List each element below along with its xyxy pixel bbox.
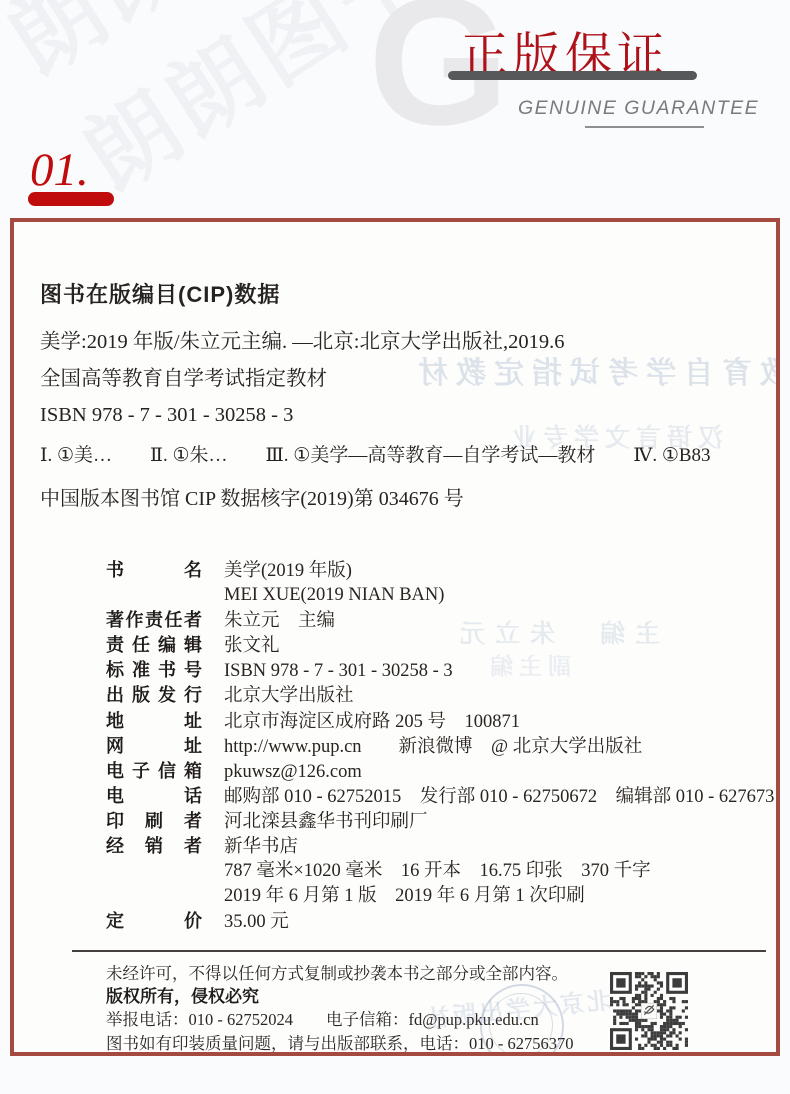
row-value: 787 毫米×1020 毫米 16 开本 16.75 印张 370 千字 <box>224 859 651 884</box>
header-divider-bar <box>448 71 697 80</box>
row-label: 书名 <box>106 558 202 583</box>
genuine-guarantee-subtitle: GENUINE GUARANTEE <box>518 97 759 120</box>
row-label: 经销者 <box>106 834 202 859</box>
row-value: 美学(2019 年版) <box>224 559 352 584</box>
section-index: 01. <box>30 143 89 197</box>
row-label: 定价 <box>106 909 202 934</box>
row-label: 责任编辑 <box>106 633 202 658</box>
row-value: 张文礼 <box>224 634 280 659</box>
qr-code <box>610 972 688 1050</box>
row-label: 印刷者 <box>106 809 202 834</box>
table-row: 出版发行北京大学出版社 <box>106 683 780 708</box>
book-metadata-table: 书名美学(2019 年版) MEI XUE(2019 NIAN BAN) 著作责… <box>106 558 780 934</box>
table-row: 电子信箱pkuwsz@126.com <box>106 759 780 784</box>
table-row: 定价35.00 元 <box>106 909 780 934</box>
row-value: pkuwsz@126.com <box>224 760 362 785</box>
cip-line-edition: 美学:2019 年版/朱立元主编. —北京:北京大学出版社,2019.6 <box>40 324 564 361</box>
table-row: 2019 年 6 月第 1 版 2019 年 6 月第 1 次印刷 <box>106 884 780 909</box>
row-value: http://www.pup.cn 新浪微博 @ 北京大学出版社 <box>224 735 642 760</box>
row-label: 标准书号 <box>106 658 202 683</box>
row-value: MEI XUE(2019 NIAN BAN) <box>224 583 444 608</box>
table-row: 地址北京市海淀区成府路 205 号 100871 <box>106 709 780 734</box>
table-row: 787 毫米×1020 毫米 16 开本 16.75 印张 370 千字 <box>106 859 780 884</box>
product-detail-image: 朗朗图书 朗朗图书 G 正版保证 GENUINE GUARANTEE 01. 全… <box>0 0 790 1094</box>
section-index-bar <box>28 192 114 206</box>
row-value: 新华书店 <box>224 835 298 860</box>
row-label: 网址 <box>106 734 202 759</box>
row-value: 河北滦县鑫华书刊印刷厂 <box>224 810 428 835</box>
row-label: 出版发行 <box>106 683 202 708</box>
row-value: 朱立元 主编 <box>224 609 335 634</box>
cip-block: 美学:2019 年版/朱立元主编. —北京:北京大学出版社,2019.6 全国高… <box>40 324 564 434</box>
row-label: 电话 <box>106 784 202 809</box>
row-value: 2019 年 6 月第 1 版 2019 年 6 月第 1 次印刷 <box>224 884 585 909</box>
row-value: 北京市海淀区成府路 205 号 100871 <box>224 710 520 735</box>
table-row: 网址http://www.pup.cn 新浪微博 @ 北京大学出版社 <box>106 734 780 759</box>
cip-line-series: 全国高等教育自学考试指定教材 <box>40 361 564 398</box>
cip-record-number: 中国版本图书馆 CIP 数据核字(2019)第 034676 号 <box>40 482 464 511</box>
cip-title: 图书在版编目(CIP)数据 <box>40 278 280 309</box>
table-row: 印刷者河北滦县鑫华书刊印刷厂 <box>106 809 780 834</box>
row-label: 著作责任者 <box>106 608 202 633</box>
cip-classification: Ⅰ. ①美… Ⅱ. ①朱… Ⅲ. ①美学—高等教育—自学考试—教材 Ⅳ. ①B8… <box>40 440 711 467</box>
table-row: 经销者新华书店 <box>106 834 780 859</box>
cip-line-isbn: ISBN 978 - 7 - 301 - 30258 - 3 <box>40 397 564 434</box>
footer-divider-line <box>72 950 766 952</box>
subtitle-underline <box>585 126 704 128</box>
notice-line: 未经许可，不得以任何方式复制或抄袭本书之部分或全部内容。 <box>106 962 574 985</box>
row-value: 北京大学出版社 <box>224 684 354 709</box>
row-value: 邮购部 010 - 62752015 发行部 010 - 62750672 编辑… <box>224 785 780 810</box>
table-row: 标准书号ISBN 978 - 7 - 301 - 30258 - 3 <box>106 658 780 683</box>
book-copyright-page: 全国高等教育自学考试指定教材 汉语言文学专业 主编 朱立元 副主编 图书在版编目… <box>10 218 780 1056</box>
table-row: 电话邮购部 010 - 62752015 发行部 010 - 62750672 … <box>106 784 780 809</box>
table-row: 书名美学(2019 年版) <box>106 558 780 583</box>
row-label: 地址 <box>106 709 202 734</box>
table-row: 责任编辑张文礼 <box>106 633 780 658</box>
row-value: ISBN 978 - 7 - 301 - 30258 - 3 <box>224 659 453 684</box>
row-value: 35.00 元 <box>224 910 289 935</box>
table-row: MEI XUE(2019 NIAN BAN) <box>106 583 780 608</box>
row-label: 电子信箱 <box>106 759 202 784</box>
table-row: 著作责任者朱立元 主编 <box>106 608 780 633</box>
